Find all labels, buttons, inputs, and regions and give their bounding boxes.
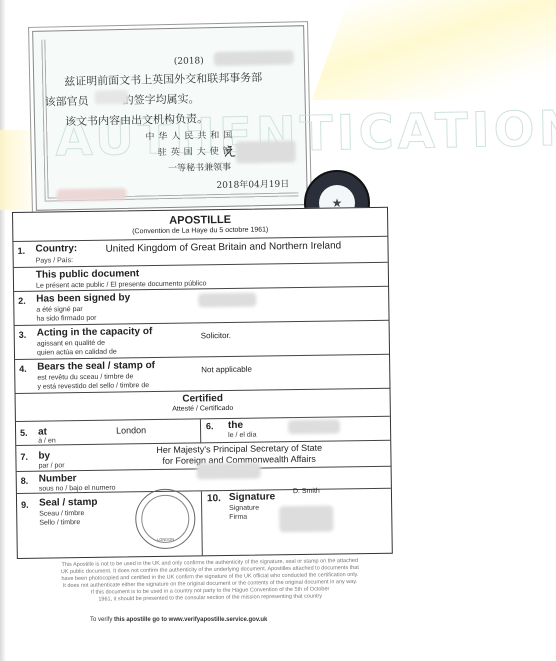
field-label: Country:	[35, 243, 77, 255]
certificate-date: 2018年04月19日	[216, 177, 289, 192]
field-value: Solicitor.	[201, 331, 231, 340]
verify-line: To verify this apostille go to www.verif…	[90, 617, 267, 623]
field-number: 8.	[21, 476, 29, 486]
field-sublabel: quien actúa en calidad de	[37, 348, 117, 358]
field-number: 4.	[19, 364, 27, 374]
legalisation-certificate: AUTHENTICATION (2018) 兹证明前面文书上英国外交和联邦事务部…	[32, 25, 308, 211]
field-label: by	[38, 450, 50, 461]
certificate-year: (2018)	[174, 56, 204, 67]
line2-suffix: 的签字均属实。	[122, 92, 199, 107]
signer-name: D. Smith	[293, 488, 320, 495]
field-sublabel: y está revestido del sello / timbre de	[37, 381, 149, 392]
royal-coat-of-arms-icon: LONDON	[141, 495, 190, 544]
redacted-signer-name	[198, 293, 256, 308]
field-number: 3.	[19, 330, 27, 340]
field-number: 5.	[20, 428, 28, 438]
redacted-stamp	[56, 188, 126, 201]
field-label: Number	[39, 473, 77, 485]
divider	[201, 491, 203, 555]
apostille-form: APOSTILLE (Convention de La Haye du 5 oc…	[12, 207, 393, 559]
field-sublabel: le / el día	[228, 431, 257, 440]
field-value: Not applicable	[201, 365, 252, 375]
field-label: Has been signed by	[36, 292, 130, 304]
field-label: Seal / stamp	[39, 497, 98, 509]
field-label: Signature	[229, 491, 275, 503]
redacted-official-name	[94, 90, 128, 105]
field-value: London	[116, 425, 146, 435]
field-label: the	[228, 420, 243, 431]
apostille-disclaimer: This Apostille is not to be used in the …	[30, 557, 391, 604]
field-number: 1.	[17, 246, 25, 256]
scan-glare	[312, 0, 556, 100]
field-sublabel: ha sido firmado por	[36, 314, 96, 324]
redacted-date	[288, 419, 340, 434]
field-label: This public document	[36, 268, 139, 280]
field-label: Acting in the capacity of	[37, 326, 153, 339]
redacted-number	[197, 463, 261, 480]
field-label: Bears the seal / stamp of	[37, 360, 155, 373]
field-seal-signature: 9. Seal / stamp Sceau / timbre Sello / t…	[17, 488, 392, 558]
redacted-reference	[214, 50, 294, 66]
field-number: 2.	[18, 296, 26, 306]
line2-prefix: 该部官员	[45, 95, 89, 109]
redacted-signature	[279, 506, 333, 533]
field-number: 9.	[21, 500, 29, 510]
certificate-line-3: 该文书内容由出文机构负责。	[65, 110, 208, 129]
field-number: 7.	[20, 452, 28, 462]
field-sublabel: Pays / País:	[36, 256, 73, 266]
divider	[200, 419, 201, 443]
verify-prefix: To verify	[90, 617, 112, 623]
scan-edge-shadow	[0, 0, 6, 661]
verify-url: this apostille go to www.verifyapostille…	[114, 617, 267, 623]
field-sublabel: Firma	[229, 513, 247, 522]
field-value: United Kingdom of Great Britain and Nort…	[105, 240, 341, 254]
field-sublabel: par / por	[38, 461, 64, 470]
field-number: 6.	[206, 421, 214, 431]
field-sublabel: Sello / timbre	[39, 518, 80, 528]
redacted-signature	[236, 140, 296, 163]
field-sublabel: Signature	[229, 504, 259, 513]
certificate-watermark: AUTHENTICATION	[55, 100, 556, 167]
field-number: 10.	[207, 493, 221, 504]
